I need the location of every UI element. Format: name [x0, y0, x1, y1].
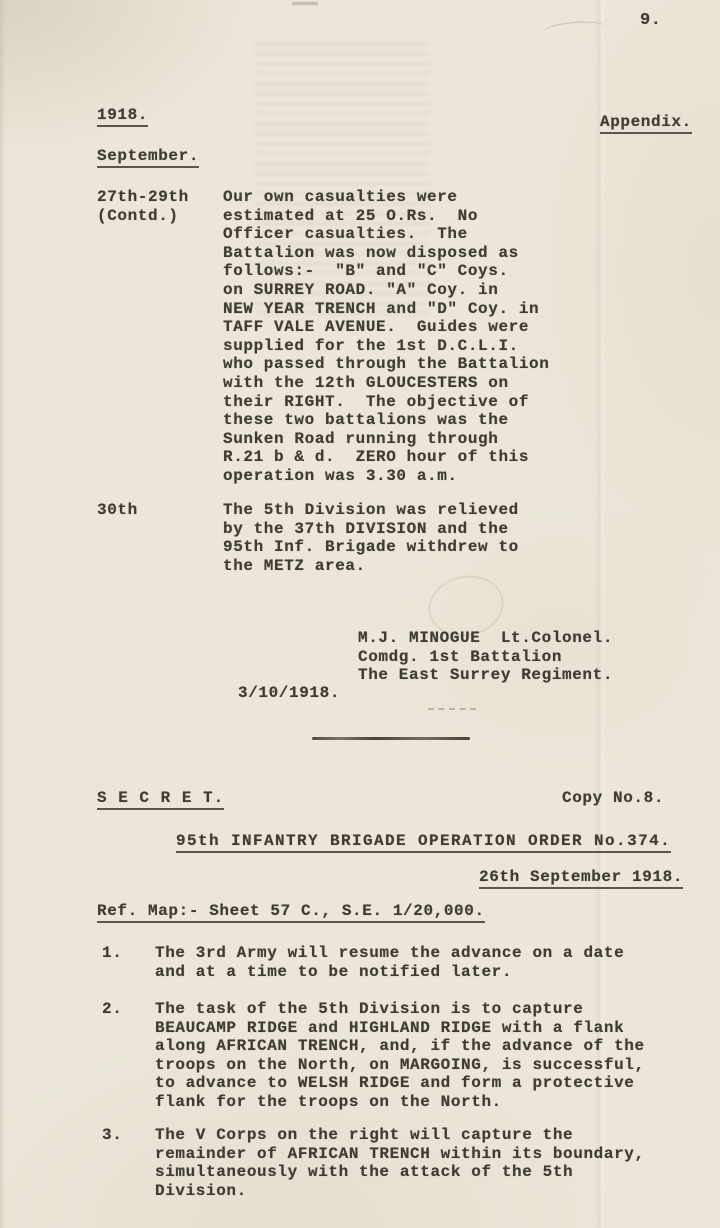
- signature-date: 3/10/1918.: [238, 684, 340, 703]
- pencil-mark: [542, 19, 605, 39]
- order-date: 26th September 1918.: [479, 868, 683, 889]
- entry-text: Our own casualties were estimated at 25 …: [223, 188, 549, 486]
- entry-date: 30th: [97, 501, 138, 520]
- paper-stain: [292, 2, 318, 5]
- appendix-heading: Appendix.: [600, 113, 692, 134]
- entry-text: The 5th Division was relieved by the 37t…: [223, 501, 519, 575]
- order-title: 95th INFANTRY BRIGADE OPERATION ORDER No…: [176, 832, 671, 853]
- year-heading: 1918.: [97, 106, 148, 127]
- item-number: 3.: [102, 1126, 122, 1145]
- section-divider: [312, 737, 470, 740]
- item-text: The 3rd Army will resume the advance on …: [155, 944, 624, 981]
- map-reference: Ref. Map:- Sheet 57 C., S.E. 1/20,000.: [97, 902, 485, 923]
- item-number: 1.: [102, 944, 122, 963]
- item-text: The V Corps on the right will capture th…: [155, 1126, 645, 1200]
- item-number: 2.: [102, 1000, 122, 1019]
- document-page: 9. 1918. Appendix. September. 27th-29th …: [0, 0, 720, 1228]
- pencil-dashes: [428, 708, 476, 710]
- month-heading: September.: [97, 147, 199, 168]
- classification-label: S E C R E T.: [97, 789, 224, 810]
- item-text: The task of the 5th Division is to captu…: [155, 1000, 645, 1112]
- copy-number: Copy No.8.: [562, 789, 664, 808]
- entry-date: 27th-29th (Contd.): [97, 188, 189, 225]
- page-number: 9.: [640, 12, 662, 31]
- signature-block: M.J. MINOGUE Lt.Colonel. Comdg. 1st Batt…: [358, 629, 613, 685]
